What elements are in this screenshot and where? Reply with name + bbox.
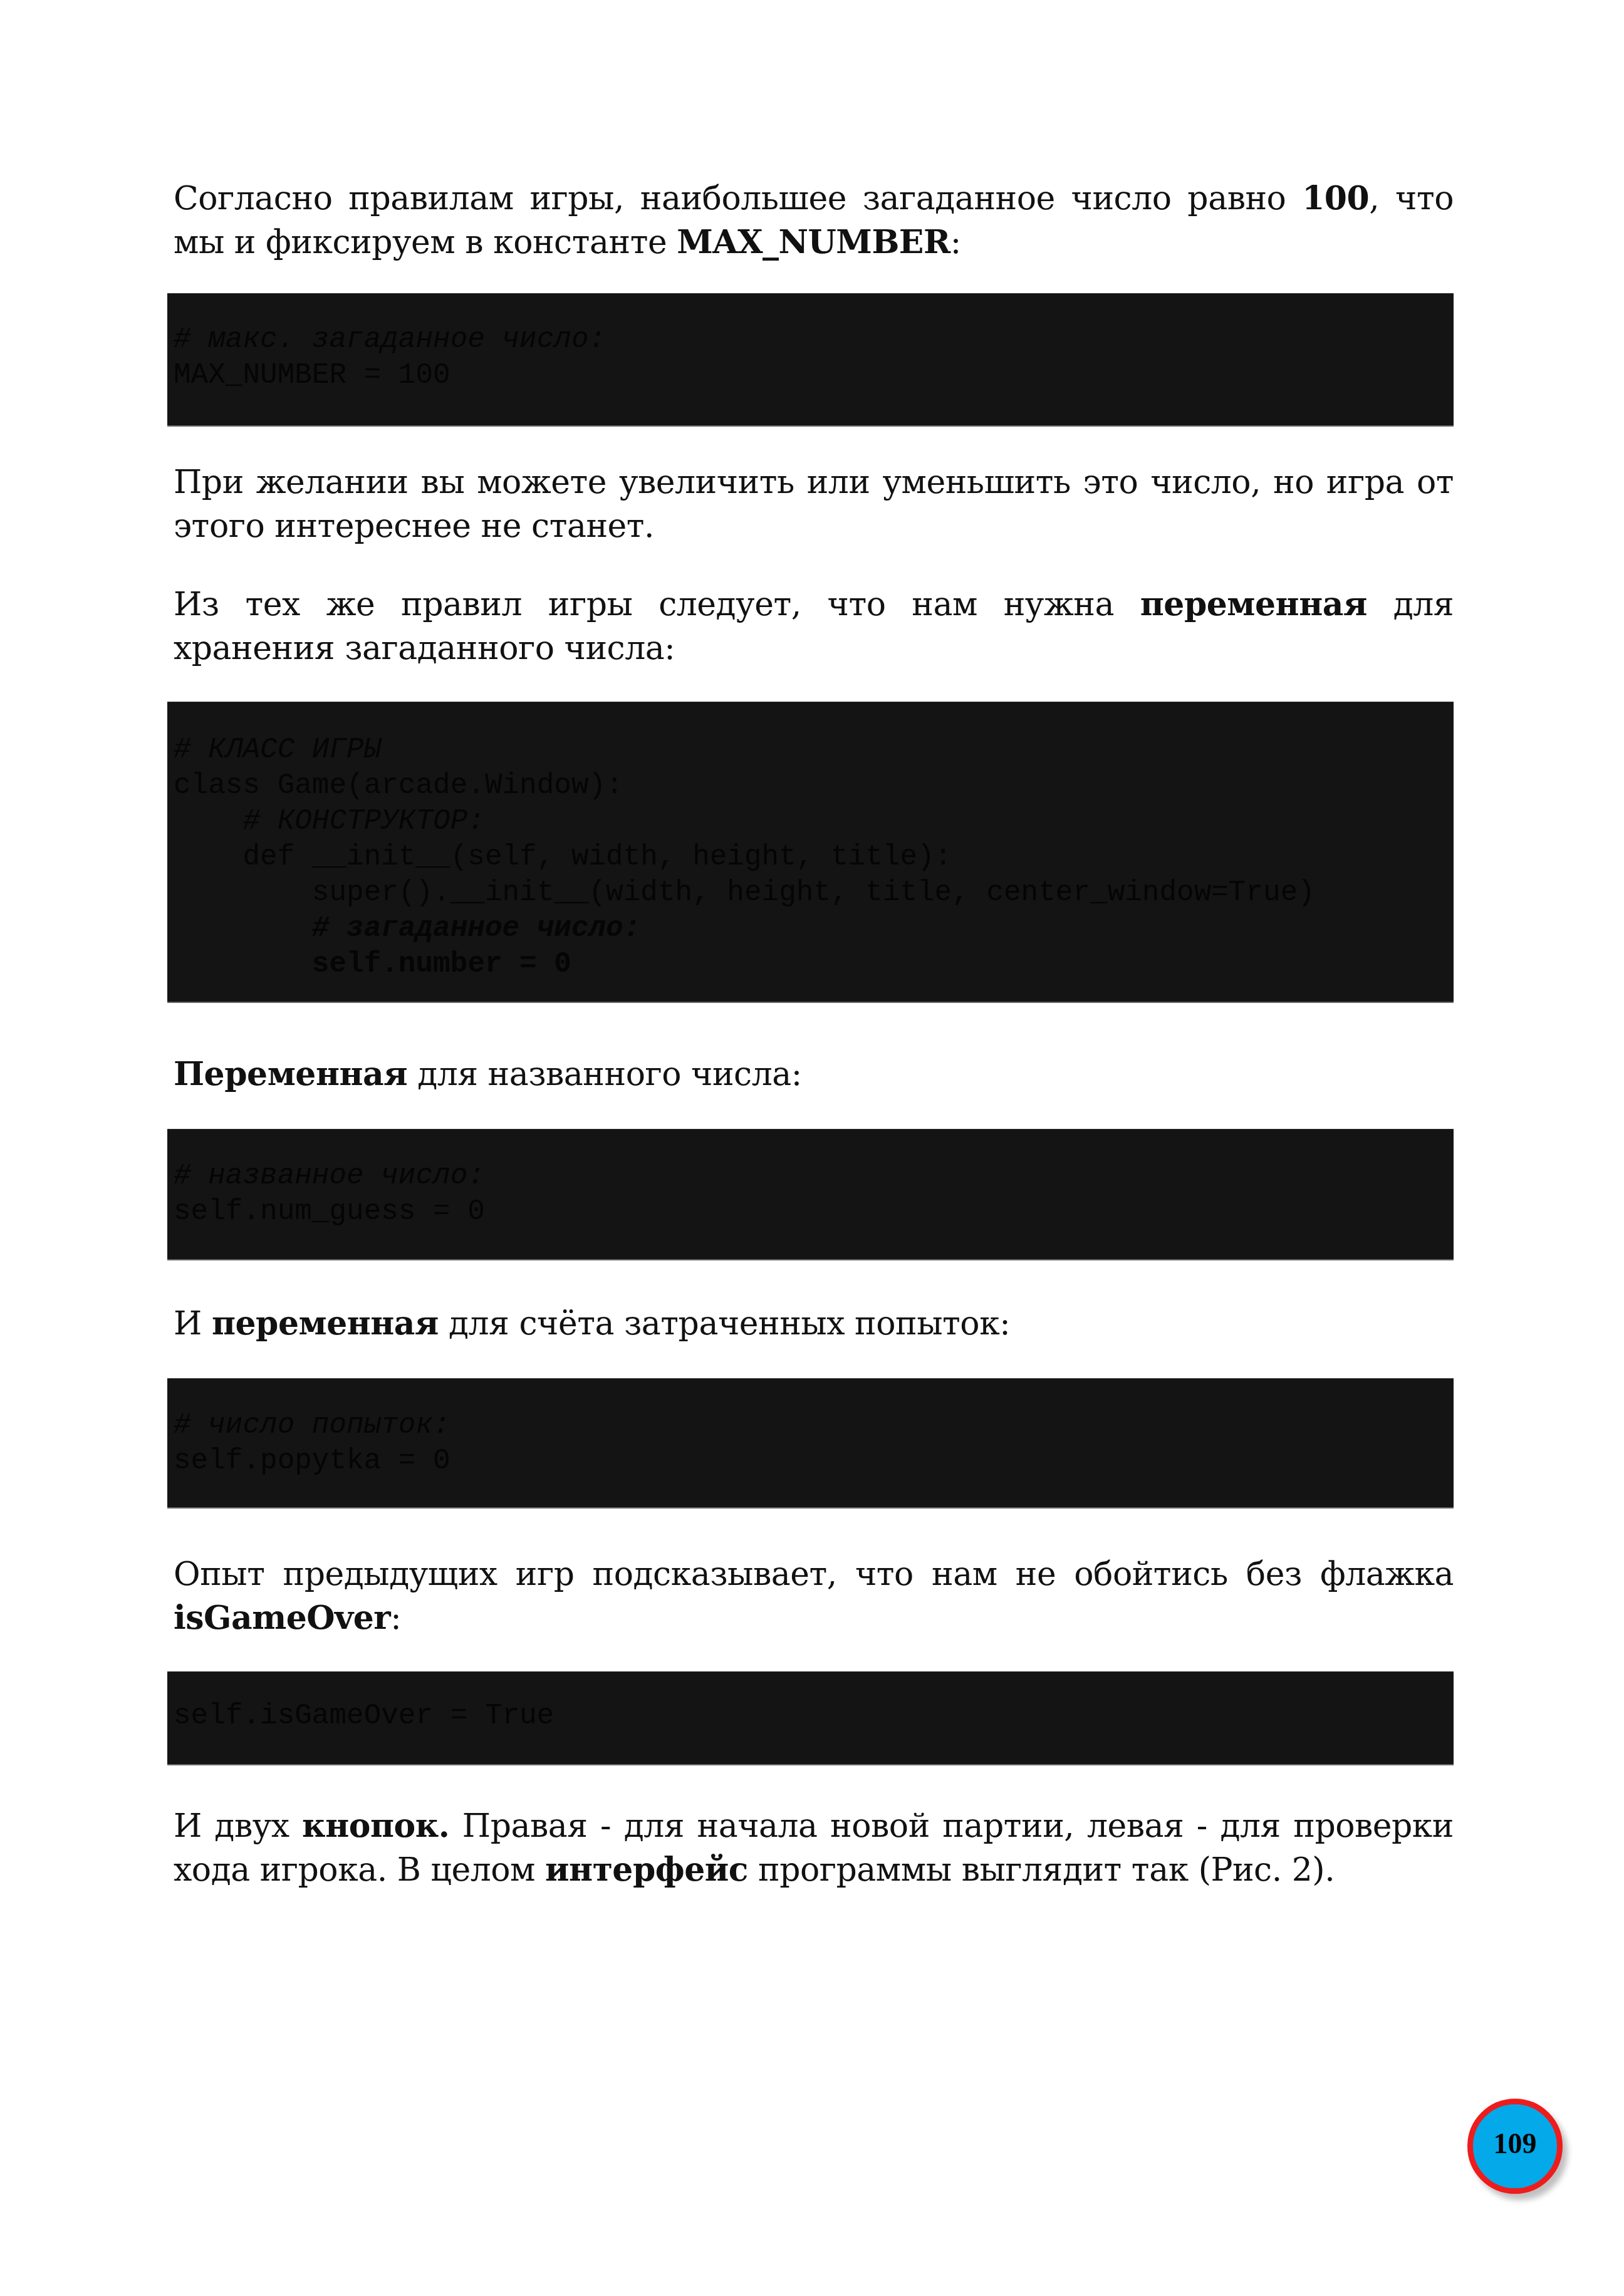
text-segment: И двух [174, 1807, 302, 1845]
paragraph-game-over-flag: Опыт предыдущих игр подсказывает, что на… [174, 1552, 1454, 1640]
code-comment-line: # загаданное число: [174, 911, 1315, 947]
code-line: super().__init__(width, height, title, c… [174, 875, 1315, 911]
bold-term: переменная [1140, 585, 1367, 623]
code-lines: # КЛАСС ИГРЫclass Game(arcade.Window): #… [174, 732, 1315, 982]
paragraph-buttons-interface: И двух кнопок. Правая - для начала новой… [174, 1804, 1454, 1892]
text-segment: для счёта затраченных попыток: [439, 1305, 1010, 1343]
code-comment-line: # макс. загаданное число: [174, 322, 606, 358]
paragraph-change-number: При желании вы можете увеличить или умен… [174, 460, 1454, 548]
text-segment: При желании вы можете увеличить или умен… [174, 464, 1454, 545]
bold-term: интерфейс [545, 1851, 748, 1889]
paragraph-variable-secret: Из тех же правил игры следует, что нам н… [174, 583, 1454, 670]
page-number-badge: 109 [1467, 2099, 1563, 2194]
code-lines: # макс. загаданное число:MAX_NUMBER = 10… [174, 322, 606, 393]
code-block-popytka: # число попыток:self.popytka = 0 [167, 1378, 1454, 1509]
text-segment: : [390, 1599, 401, 1637]
code-lines: self.isGameOver = True [174, 1698, 554, 1734]
bold-term: isGameOver [174, 1599, 390, 1637]
code-comment-line: # КОНСТРУКТОР: [174, 804, 1315, 839]
code-line: self.popytka = 0 [174, 1443, 450, 1479]
bold-term: кнопок. [302, 1807, 449, 1845]
paragraph-variable-attempts: И переменная для счёта затраченных попыт… [174, 1302, 1454, 1346]
paragraph-variable-guess: Переменная для названного числа: [174, 1052, 1454, 1096]
text-segment: : [950, 224, 961, 261]
code-lines: # число попыток:self.popytka = 0 [174, 1408, 450, 1479]
document-page: Согласно правилам игры, наибольшее загад… [0, 0, 1624, 2296]
code-line: self.isGameOver = True [174, 1698, 554, 1734]
text-segment: Согласно правилам игры, наибольшее загад… [174, 180, 1302, 217]
bold-term: MAX_NUMBER [677, 223, 950, 261]
bold-term: переменная [212, 1304, 439, 1343]
text-segment: Из тех же правил игры следует, что нам н… [174, 586, 1140, 623]
paragraph-max-number-intro: Согласно правилам игры, наибольшее загад… [174, 177, 1454, 264]
code-block-max-number: # макс. загаданное число:MAX_NUMBER = 10… [167, 293, 1454, 427]
code-block-is-game-over: self.isGameOver = True [167, 1671, 1454, 1765]
code-block-game-class: # КЛАСС ИГРЫclass Game(arcade.Window): #… [167, 702, 1454, 1003]
code-line: def __init__(self, width, height, title)… [174, 839, 1315, 875]
code-line: class Game(arcade.Window): [174, 768, 1315, 804]
page-number: 109 [1494, 2127, 1537, 2160]
code-line: self.num_guess = 0 [174, 1194, 485, 1230]
code-comment-line: # число попыток: [174, 1408, 450, 1443]
code-comment-line: # КЛАСС ИГРЫ [174, 732, 1315, 768]
text-segment: И [174, 1305, 212, 1343]
code-line: MAX_NUMBER = 100 [174, 358, 606, 393]
bold-term: 100 [1302, 179, 1369, 217]
text-segment: Опыт предыдущих игр подсказывает, что на… [174, 1556, 1454, 1593]
text-segment: для названного числа: [407, 1056, 802, 1093]
code-block-num-guess: # названное число:self.num_guess = 0 [167, 1129, 1454, 1260]
code-line: self.number = 0 [174, 947, 1315, 982]
bold-term: Переменная [174, 1055, 407, 1093]
text-segment: программы выглядит так (Рис. 2). [748, 1851, 1335, 1889]
code-comment-line: # названное число: [174, 1158, 485, 1194]
code-lines: # названное число:self.num_guess = 0 [174, 1158, 485, 1230]
